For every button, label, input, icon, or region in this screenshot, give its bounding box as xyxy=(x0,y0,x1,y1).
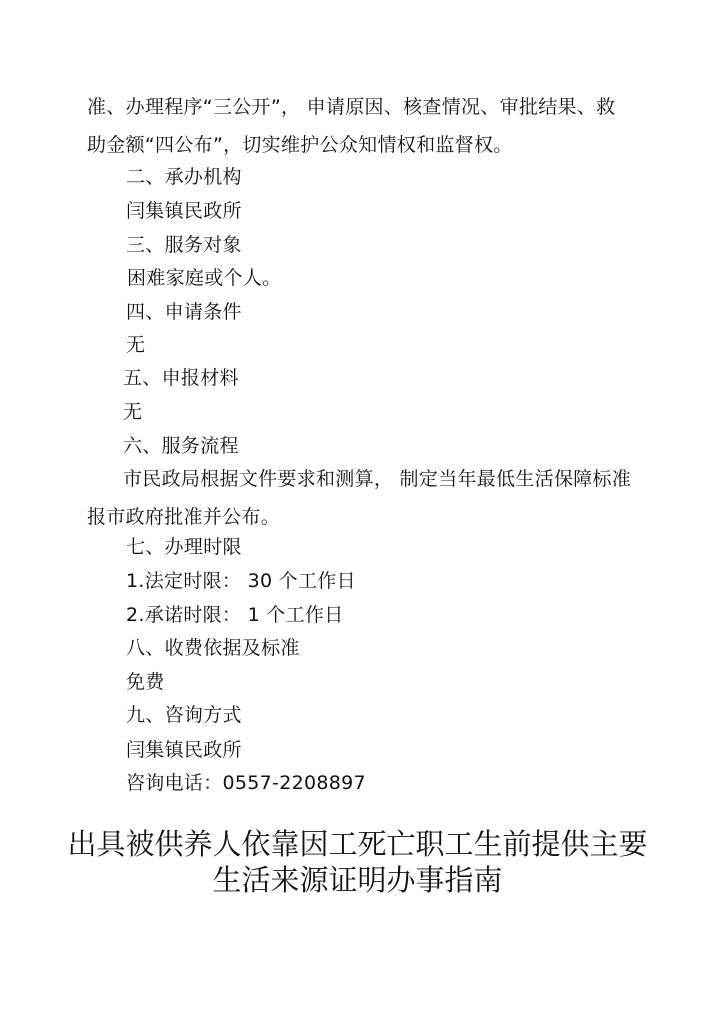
section-heading-line-1: 出具被供养人依靠因工死亡职工生前提供主要 xyxy=(0,826,715,862)
paragraph-line: 八、收费依据及标准 xyxy=(126,636,300,660)
section-heading-line-2: 生活来源证明办事指南 xyxy=(0,862,715,898)
paragraph-line: 闫集镇民政所 xyxy=(126,199,242,223)
paragraph-line: 市民政局根据文件要求和测算， 制定当年最低生活保障标准 xyxy=(123,467,631,491)
paragraph-line: 助金额“四公布”，切实维护公众知情权和监督权。 xyxy=(87,133,513,157)
paragraph-line: 四、申请条件 xyxy=(126,300,242,324)
paragraph-line: 困难家庭或个人。 xyxy=(127,266,281,290)
paragraph-line: 2.承诺时限： 1 个工作日 xyxy=(126,603,344,627)
paragraph-line: 九、咨询方式 xyxy=(126,703,242,727)
paragraph-line: 无 xyxy=(126,333,145,357)
paragraph-line: 六、服务流程 xyxy=(123,434,239,458)
paragraph-line: 1.法定时限： 30 个工作日 xyxy=(126,569,356,593)
paragraph-line: 报市政府批准并公布。 xyxy=(87,505,280,529)
paragraph-line: 闫集镇民政所 xyxy=(126,738,242,762)
paragraph-line: 五、申报材料 xyxy=(123,366,239,390)
paragraph-line: 三、服务对象 xyxy=(126,233,242,257)
paragraph-line: 免费 xyxy=(126,670,165,694)
paragraph-line: 无 xyxy=(123,400,142,424)
paragraph-line: 咨询电话：0557-2208897 xyxy=(126,771,366,795)
paragraph-line: 七、办理时限 xyxy=(126,535,242,559)
paragraph-line: 二、承办机构 xyxy=(126,165,242,189)
paragraph-line: 准、办理程序“三公开”， 申请原因、核查情况、审批结果、救 xyxy=(87,95,615,119)
